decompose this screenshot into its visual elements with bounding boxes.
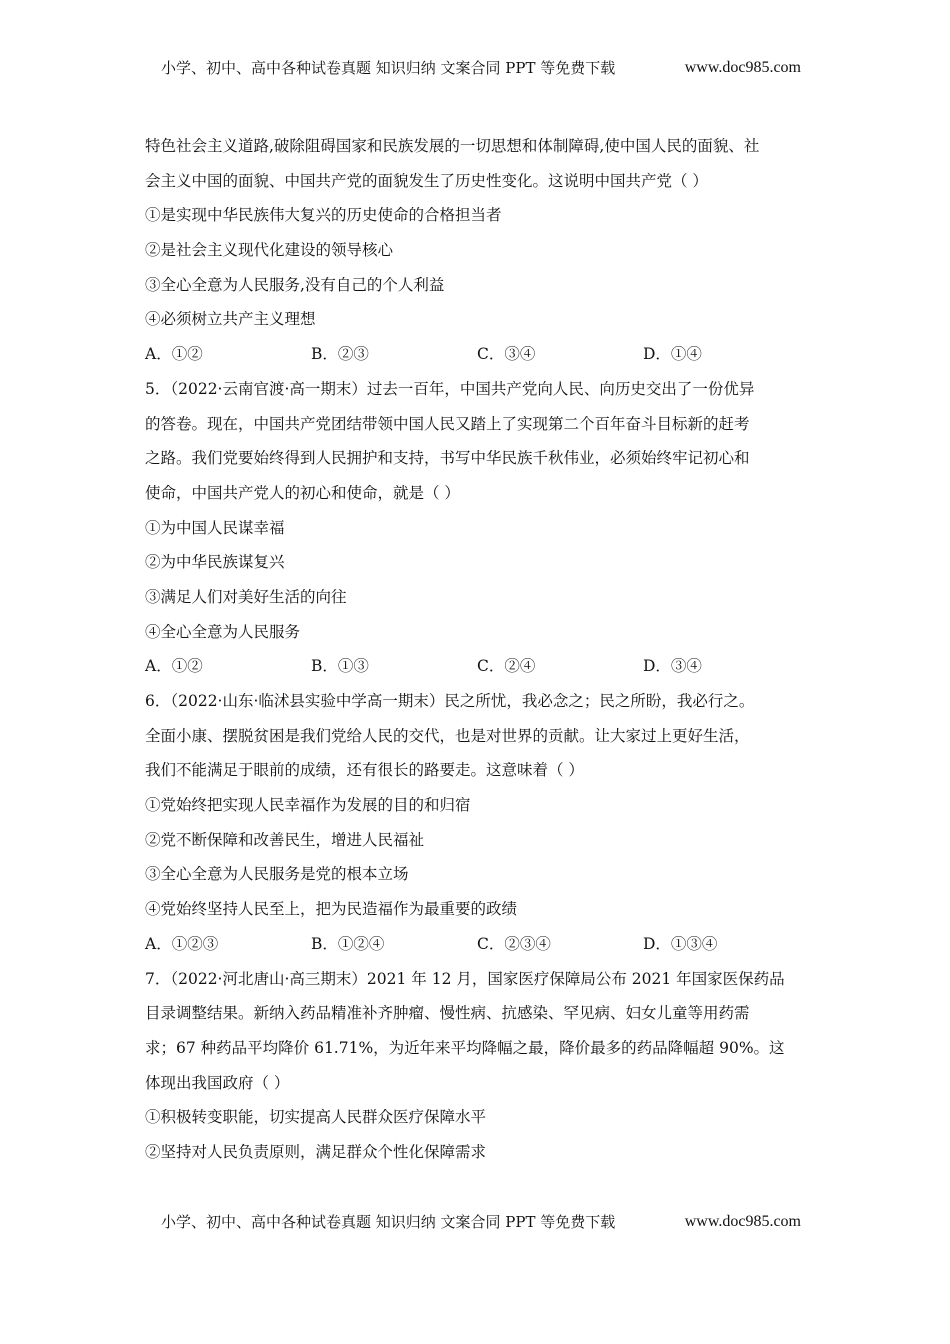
choice-a: A．①②③ <box>145 929 311 964</box>
question-stem-line: 7．（2022·河北唐山·高三期末）2021 年 12 月，国家医疗保障局公布 … <box>145 964 815 999</box>
answer-choices: A．①② B．②③ C．③④ D．①④ <box>145 339 815 374</box>
statement: ②是社会主义现代化建设的领导核心 <box>145 235 815 270</box>
choice-b: B．①②④ <box>311 929 477 964</box>
question-stem-line: 的答卷。现在，中国共产党团结带领中国人民又踏上了实现第二个百年奋斗目标新的赶考 <box>145 409 815 444</box>
question-7: 7．（2022·河北唐山·高三期末）2021 年 12 月，国家医疗保障局公布 … <box>145 964 815 1172</box>
choice-d: D．①③④ <box>643 929 809 964</box>
document-body: 特色社会主义道路,破除阻碍国家和民族发展的一切思想和体制障碍,使中国人民的面貌、… <box>145 131 815 1172</box>
choice-a: A．①② <box>145 339 311 374</box>
question-stem-line: 特色社会主义道路,破除阻碍国家和民族发展的一切思想和体制障碍,使中国人民的面貌、… <box>145 131 815 166</box>
question-stem-line: 求；67 种药品平均降价 61.71%，为近年来平均降幅之最，降价最多的药品降幅… <box>145 1033 815 1068</box>
statement: ①为中国人民谋幸福 <box>145 513 815 548</box>
choice-b: B．②③ <box>311 339 477 374</box>
choice-b: B．①③ <box>311 651 477 686</box>
choice-a: A．①② <box>145 651 311 686</box>
question-stem-line: 5．（2022·云南官渡·高一期末）过去一百年，中国共产党向人民、向历史交出了一… <box>145 374 815 409</box>
statement: ①积极转变职能，切实提高人民群众医疗保障水平 <box>145 1102 815 1137</box>
choice-c: C．③④ <box>477 339 643 374</box>
footer-site-link[interactable]: www.doc985.com <box>685 1212 801 1232</box>
question-stem-line: 我们不能满足于眼前的成绩，还有很长的路要走。这意味着（ ） <box>145 755 815 790</box>
footer-text: 小学、初中、高中各种试卷真题 知识归纳 文案合同 PPT 等免费下载 <box>161 1212 615 1232</box>
choice-d: D．①④ <box>643 339 809 374</box>
statement: ②坚持对人民负责原则，满足群众个性化保障需求 <box>145 1137 815 1172</box>
statement: ④必须树立共产主义理想 <box>145 304 815 339</box>
question-stem-line: 6．（2022·山东·临沭县实验中学高一期末）民之所忧，我必念之；民之所盼，我必… <box>145 686 815 721</box>
question-stem-line: 之路。我们党要始终得到人民拥护和支持，书写中华民族千秋伟业，必须始终牢记初心和 <box>145 443 815 478</box>
statement: ④全心全意为人民服务 <box>145 617 815 652</box>
page-header: 小学、初中、高中各种试卷真题 知识归纳 文案合同 PPT 等免费下载 www.d… <box>161 58 801 78</box>
header-text: 小学、初中、高中各种试卷真题 知识归纳 文案合同 PPT 等免费下载 <box>161 58 615 78</box>
statement: ①是实现中华民族伟大复兴的历史使命的合格担当者 <box>145 200 815 235</box>
choice-c: C．②④ <box>477 651 643 686</box>
statement: ④党始终坚持人民至上，把为民造福作为最重要的政绩 <box>145 894 815 929</box>
question-4: 特色社会主义道路,破除阻碍国家和民族发展的一切思想和体制障碍,使中国人民的面貌、… <box>145 131 815 374</box>
choice-d: D．③④ <box>643 651 809 686</box>
question-6: 6．（2022·山东·临沭县实验中学高一期末）民之所忧，我必念之；民之所盼，我必… <box>145 686 815 964</box>
choice-c: C．②③④ <box>477 929 643 964</box>
answer-choices: A．①② B．①③ C．②④ D．③④ <box>145 651 815 686</box>
question-stem-line: 全面小康、摆脱贫困是我们党给人民的交代，也是对世界的贡献。让大家过上更好生活， <box>145 721 815 756</box>
question-stem-line: 体现出我国政府（ ） <box>145 1068 815 1103</box>
statement: ③满足人们对美好生活的向往 <box>145 582 815 617</box>
question-5: 5．（2022·云南官渡·高一期末）过去一百年，中国共产党向人民、向历史交出了一… <box>145 374 815 686</box>
statement: ②党不断保障和改善民生，增进人民福祉 <box>145 825 815 860</box>
statement: ③全心全意为人民服务,没有自己的个人利益 <box>145 270 815 305</box>
statement: ③全心全意为人民服务是党的根本立场 <box>145 859 815 894</box>
answer-choices: A．①②③ B．①②④ C．②③④ D．①③④ <box>145 929 815 964</box>
statement: ②为中华民族谋复兴 <box>145 547 815 582</box>
header-site-link[interactable]: www.doc985.com <box>685 58 801 78</box>
page-footer: 小学、初中、高中各种试卷真题 知识归纳 文案合同 PPT 等免费下载 www.d… <box>161 1212 801 1232</box>
statement: ①党始终把实现人民幸福作为发展的目的和归宿 <box>145 790 815 825</box>
question-stem-line: 使命，中国共产党人的初心和使命，就是（ ） <box>145 478 815 513</box>
question-stem-line: 目录调整结果。新纳入药品精准补齐肿瘤、慢性病、抗感染、罕见病、妇女儿童等用药需 <box>145 998 815 1033</box>
question-stem-line: 会主义中国的面貌、中国共产党的面貌发生了历史性变化。这说明中国共产党（ ） <box>145 166 815 201</box>
